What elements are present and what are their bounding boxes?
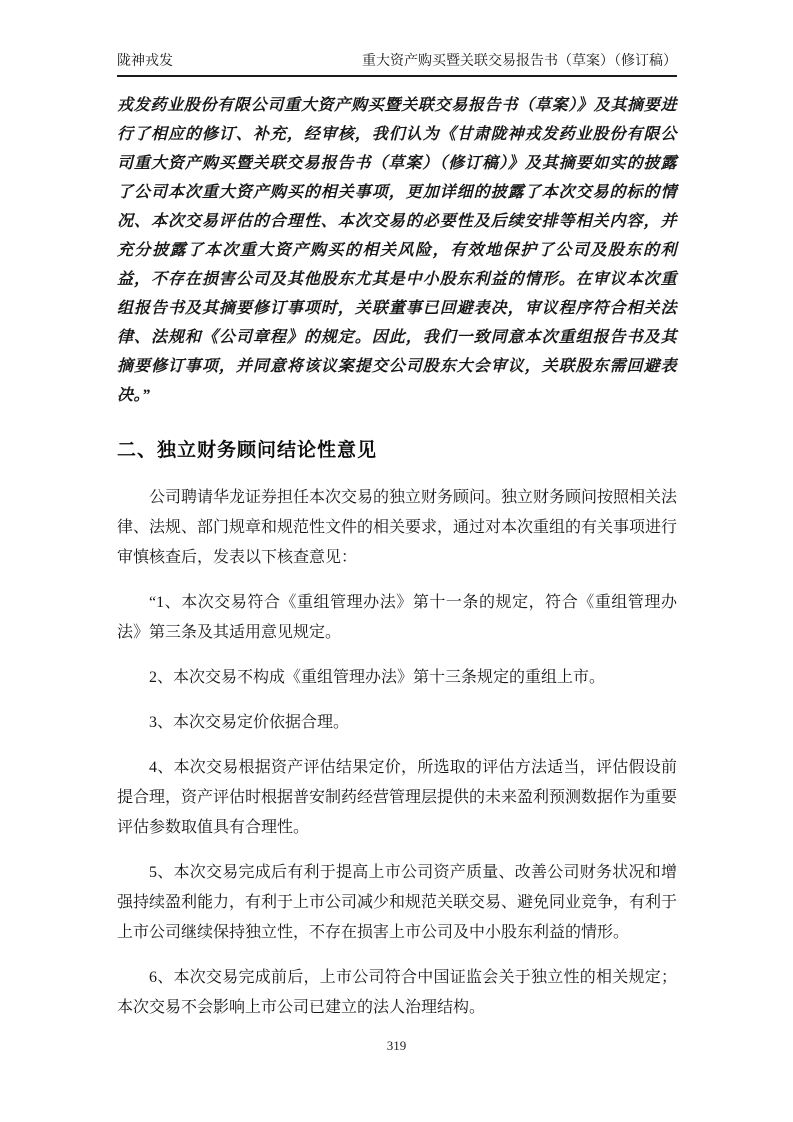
section-heading: 二、独立财务顾问结论性意见 bbox=[117, 435, 677, 462]
quoted-opinion-paragraph: 戎发药业股份有限公司重大资产购买暨关联交易报告书（草案）》及其摘要进行了相应的修… bbox=[117, 91, 677, 410]
opinion-item-6: 6、本次交易完成前后，上市公司符合中国证监会关于独立性的相关规定；本次交易不会影… bbox=[117, 963, 677, 1023]
document-page: 陇神戎发 重大资产购买暨关联交易报告书（草案）（修订稿） 戎发药业股份有限公司重… bbox=[0, 0, 793, 1122]
intro-paragraph: 公司聘请华龙证券担任本次交易的独立财务顾问。独立财务顾问按照相关法律、法规、部门… bbox=[117, 483, 677, 573]
opinion-item-5: 5、本次交易完成后有利于提高上市公司资产质量、改善公司财务状况和增强持续盈利能力… bbox=[117, 858, 677, 948]
page-number: 319 bbox=[387, 1038, 407, 1053]
opinion-item-4: 4、本次交易根据资产评估结果定价，所选取的评估方法适当，评估假设前提合理，资产评… bbox=[117, 753, 677, 843]
page-header: 陇神戎发 重大资产购买暨关联交易报告书（草案）（修订稿） bbox=[117, 50, 677, 77]
page-footer: 319 bbox=[0, 1038, 793, 1054]
header-right-title: 重大资产购买暨关联交易报告书（草案）（修订稿） bbox=[362, 50, 677, 70]
opinion-item-3: 3、本次交易定价依据合理。 bbox=[117, 708, 677, 738]
page-content: 戎发药业股份有限公司重大资产购买暨关联交易报告书（草案）》及其摘要进行了相应的修… bbox=[117, 91, 677, 1023]
opinion-item-1: “1、本次交易符合《重组管理办法》第十一条的规定，符合《重组管理办法》第三条及其… bbox=[117, 588, 677, 648]
opinion-item-2: 2、本次交易不构成《重组管理办法》第十三条规定的重组上市。 bbox=[117, 663, 677, 693]
header-left-title: 陇神戎发 bbox=[117, 50, 173, 70]
